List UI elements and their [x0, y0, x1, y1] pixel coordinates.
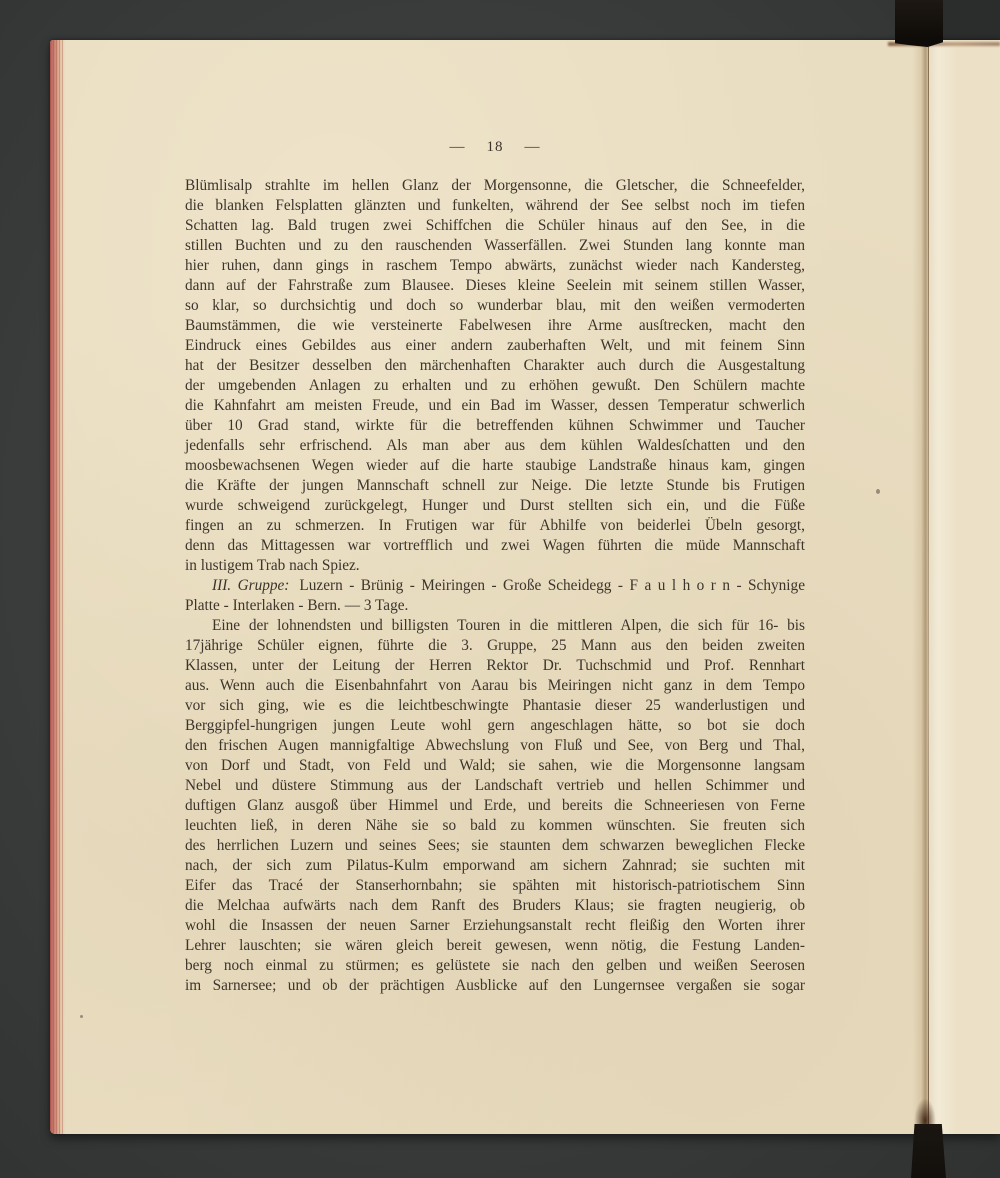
- text-line: Platte - Interlaken - Bern. — 3 Tage.: [185, 596, 805, 616]
- text-line: leuchten ließ, in deren Nähe sie so bald…: [185, 816, 805, 836]
- text-line: über 10 Grad stand, wirkte für die betre…: [185, 416, 805, 436]
- text-line: Nebel und düstere Stimmung aus der Lands…: [185, 776, 805, 796]
- text-line: hier ruhen, dann gings in raschem Tempo …: [185, 256, 805, 276]
- header-dash-left: —: [450, 139, 466, 156]
- text-line: berg noch einmal zu stürmen; es gelüstet…: [185, 956, 805, 976]
- text-line: hat der Besitzer desselben den märchenha…: [185, 356, 805, 376]
- text-line: wurde schweigend zurückgelegt, Hunger un…: [185, 496, 805, 516]
- text-line: die blanken Felsplatten glänzten und fun…: [185, 196, 805, 216]
- text-line: wohl die Insassen der neuen Sarner Erzie…: [185, 916, 805, 936]
- italic-group-label: III. Gruppe:: [212, 577, 299, 594]
- facing-page-edge: [928, 40, 1000, 1134]
- text-line: nach, der sich zum Pilatus-Kulm emporwan…: [185, 856, 805, 876]
- text-line: 17jährige Schüler eignen, führte die 3. …: [185, 636, 805, 656]
- text-line: Lehrer lauschten; sie wären gleich berei…: [185, 936, 805, 956]
- text-line: moosbewachsenen Wegen wieder auf die har…: [185, 456, 805, 476]
- text-line: Eindruck eines Gebildes aus einer andern…: [185, 336, 805, 356]
- text-line: duftigen Glanz ausgoß über Himmel und Er…: [185, 796, 805, 816]
- text-line: Klassen, unter der Leitung der Herren Re…: [185, 656, 805, 676]
- text-line: dann auf der Fahrstraße zum Blausee. Die…: [185, 276, 805, 296]
- text-line: stillen Buchten und zu den rauschenden W…: [185, 236, 805, 256]
- text-line: im Sarnersee; und ob der prächtigen Ausb…: [185, 976, 805, 996]
- page-fore-edge: [50, 40, 65, 1134]
- header-dash-right: —: [525, 139, 541, 156]
- text-line: die Kräfte der jungen Mannschaft schnell…: [185, 476, 805, 496]
- text-line: Baumstämmen, die wie versteinerte Fabelw…: [185, 316, 805, 336]
- text-line: in lustigem Trab nach Spiez.: [185, 556, 805, 576]
- text-line: Blümlisalp strahlte im hellen Glanz der …: [185, 176, 805, 196]
- paper-speck: [876, 489, 880, 494]
- text-line: vor sich ging, wie es die leichtbeschwin…: [185, 696, 805, 716]
- background-shadow-patch: [941, 0, 1000, 44]
- text-line: Schatten lag. Bald trugen zwei Schiffche…: [185, 216, 805, 236]
- text-line: Eifer das Tracé der Stanserhornbahn; sie…: [185, 876, 805, 896]
- bookmark-ribbon-top: [895, 0, 943, 47]
- text-line: von Dorf und Stadt, von Feld und Wald; s…: [185, 756, 805, 776]
- scan-background: — 18 — Blümlisalp strahlte im hellen Gla…: [0, 0, 1000, 1178]
- text-line: den frischen Augen mannigfaltige Abwechs…: [185, 736, 805, 756]
- page-number: 18: [487, 139, 504, 156]
- text-line: der umgebenden Anlagen zu erhalten und z…: [185, 376, 805, 396]
- text-line: so klar, so durchsichtig und doch so wun…: [185, 296, 805, 316]
- text-line: die Melchaa aufwärts nach dem Ranft des …: [185, 896, 805, 916]
- bookmark-ribbon-bottom: [911, 1124, 946, 1178]
- text-line: fingen an zu schmerzen. In Frutigen war …: [185, 516, 805, 536]
- book-page-spread: — 18 — Blümlisalp strahlte im hellen Gla…: [50, 40, 1000, 1134]
- text-line: des herrlichen Luzern und seines Sees; s…: [185, 836, 805, 856]
- page-header: — 18 —: [185, 139, 805, 156]
- text-line: aus. Wenn auch die Eisenbahnfahrt von Aa…: [185, 676, 805, 696]
- page-text-block: Blümlisalp strahlte im hellen Glanz der …: [185, 176, 805, 996]
- paper-speck: [80, 1015, 83, 1018]
- text-line: III. Gruppe:Luzern - Brünig - Meiringen …: [185, 576, 805, 596]
- text-line: denn das Mittagessen war vortrefflich un…: [185, 536, 805, 556]
- book-gutter: [912, 40, 938, 1134]
- text-line: Eine der lohnendsten und billigsten Tour…: [185, 616, 805, 636]
- text-line: jedenfalls sehr erfrischend. Als man abe…: [185, 436, 805, 456]
- text-line: Berggipfel-hungrigen jungen Leute wohl g…: [185, 716, 805, 736]
- text-line: die Kahnfahrt am meisten Freude, und ein…: [185, 396, 805, 416]
